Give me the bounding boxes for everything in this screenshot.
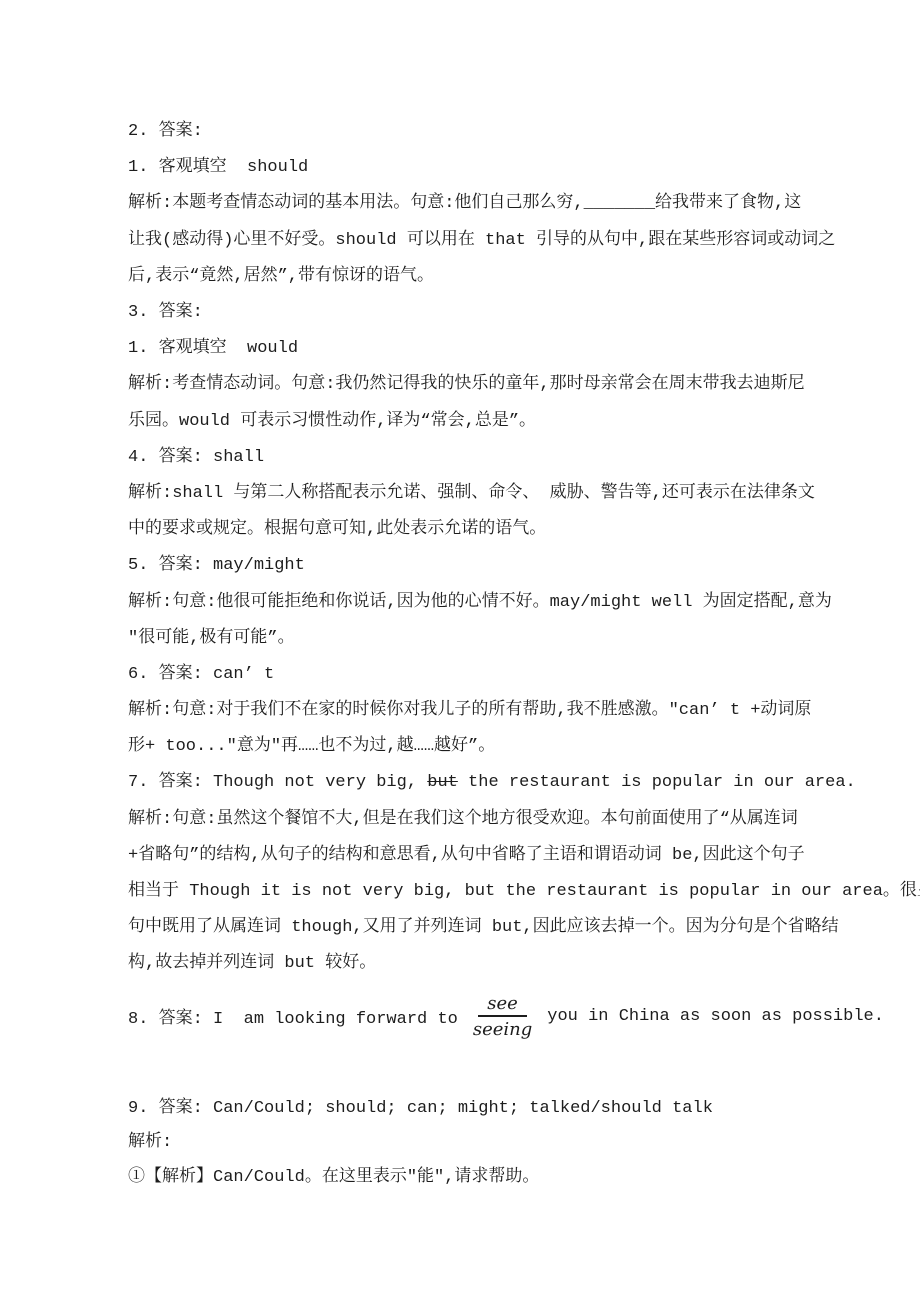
answer-5-analysis-line-1: 解析:句意:他很可能拒绝和你说话,因为他的心情不好。may/might well… <box>128 592 832 614</box>
answer-7-analysis-line-2: +省略句”的结构,从句子的结构和意思看,从句中省略了主语和谓语动词 be,因此这… <box>128 845 805 867</box>
crossed-out-word: but <box>427 773 458 792</box>
answer-3-analysis-line-1: 解析:考查情态动词。句意:我仍然记得我的快乐的童年,那时母亲常会在周末带我去迪斯… <box>128 374 805 396</box>
text-segment: 句中既用了从属连词 though,又用了并列连词 but,因此应该去掉一个。因为… <box>128 918 839 937</box>
answer-5-analysis-line-2: ″很可能,极有可能”。 <box>128 628 295 650</box>
text-segment: the restaurant is popular in our area. <box>458 773 856 792</box>
answer-7-analysis-line-3: 相当于 Though it is not very big, but the r… <box>128 881 920 903</box>
fraction-see-seeing: see seeing <box>471 993 534 1040</box>
text-segment: 解析:本题考查情态动词的基本用法。句意:他们自己那么穷,_______给我带来了… <box>128 194 801 213</box>
answer-4-analysis-line-2: 中的要求或规定。根据句意可知,此处表示允诺的语气。 <box>128 519 546 541</box>
text-segment: 9. 答案: Can/Could; should; can; might; ta… <box>128 1099 713 1118</box>
answer-8-line: 8. 答案: I am looking forward to see seein… <box>128 990 884 1042</box>
answer-9-analysis-item-1: ①【解析】Can/Could。在这里表示″能″,请求帮助。 <box>128 1167 539 1189</box>
text-segment: ″很可能,极有可能”。 <box>128 629 295 648</box>
answer-2-analysis-line-2: 让我(感动得)心里不好受。should 可以用在 that 引导的从句中,跟在某… <box>128 230 835 252</box>
answer-4-heading: 4. 答案: shall <box>128 447 264 469</box>
answer-3-analysis-line-2: 乐园。would 可表示习惯性动作,译为“常会,总是”。 <box>128 411 536 433</box>
answer-8-suffix: you in China as soon as possible. <box>547 1007 884 1026</box>
document-page: 2. 答案:1. 客观填空 should解析:本题考查情态动词的基本用法。句意:… <box>0 0 920 1302</box>
text-segment: 让我(感动得)心里不好受。should 可以用在 that 引导的从句中,跟在某… <box>128 231 835 250</box>
answer-2-analysis-line-3: 后,表示“竟然,居然”,带有惊讶的语气。 <box>128 266 434 288</box>
answer-6-analysis-line-2: 形+ too...″意为″再……也不为过,越……越好”。 <box>128 736 495 758</box>
answer-7-analysis-line-1: 解析:句意:虽然这个餐馆不大,但是在我们这个地方很受欢迎。本句前面使用了“从属连… <box>128 809 798 831</box>
text-segment: 解析: <box>128 1133 172 1152</box>
text-segment: 解析:句意:对于我们不在家的时候你对我儿子的所有帮助,我不胜感激。″can’ t… <box>128 701 811 720</box>
text-segment: 解析:shall 与第二人称搭配表示允诺、强制、命令、 威胁、警告等,还可表示在… <box>128 484 815 503</box>
answer-3-heading: 3. 答案: <box>128 302 203 324</box>
text-segment: 1. 客观填空 would <box>128 339 298 358</box>
text-segment: 1. 客观填空 should <box>128 158 308 177</box>
answer-5-heading: 5. 答案: may/might <box>128 555 305 577</box>
text-segment: 解析:句意:他很可能拒绝和你说话,因为他的心情不好。may/might well… <box>128 593 832 612</box>
answer-4-analysis-line-1: 解析:shall 与第二人称搭配表示允诺、强制、命令、 威胁、警告等,还可表示在… <box>128 483 815 505</box>
text-segment: 形+ too...″意为″再……也不为过,越……越好”。 <box>128 737 495 756</box>
text-segment: 解析:句意:虽然这个餐馆不大,但是在我们这个地方很受欢迎。本句前面使用了“从属连… <box>128 810 798 829</box>
answer-3-item-1: 1. 客观填空 would <box>128 338 298 360</box>
text-segment: 相当于 Though it is not very big, but the r… <box>128 882 920 901</box>
text-segment: 中的要求或规定。根据句意可知,此处表示允诺的语气。 <box>128 520 546 539</box>
text-segment: 7. 答案: Though not very big, <box>128 773 427 792</box>
text-segment: 4. 答案: shall <box>128 448 264 467</box>
answer-9-analysis-label: 解析: <box>128 1132 172 1154</box>
fraction-numerator: see <box>478 993 527 1017</box>
text-segment: 2. 答案: <box>128 122 203 141</box>
text-segment: 后,表示“竟然,居然”,带有惊讶的语气。 <box>128 267 434 286</box>
text-segment: 5. 答案: may/might <box>128 556 305 575</box>
answer-7-heading: 7. 答案: Though not very big, but the rest… <box>128 772 856 794</box>
answer-6-heading: 6. 答案: can’ t <box>128 664 274 686</box>
answer-7-analysis-line-5: 构,故去掉并列连词 but 较好。 <box>128 953 376 975</box>
text-segment: 3. 答案: <box>128 303 203 322</box>
fraction-denominator: seeing <box>471 1017 534 1040</box>
answer-2-item-1: 1. 客观填空 should <box>128 157 308 179</box>
answer-6-analysis-line-1: 解析:句意:对于我们不在家的时候你对我儿子的所有帮助,我不胜感激。″can’ t… <box>128 700 811 722</box>
text-segment: 6. 答案: can’ t <box>128 665 274 684</box>
answer-8-prefix: 8. 答案: I am looking forward to <box>128 1003 458 1029</box>
answer-2-heading: 2. 答案: <box>128 121 203 143</box>
text-segment: 构,故去掉并列连词 but 较好。 <box>128 954 376 973</box>
text-segment: ①【解析】Can/Could。在这里表示″能″,请求帮助。 <box>128 1168 539 1187</box>
text-segment: +省略句”的结构,从句子的结构和意思看,从句中省略了主语和谓语动词 be,因此这… <box>128 846 805 865</box>
text-segment: 解析:考查情态动词。句意:我仍然记得我的快乐的童年,那时母亲常会在周末带我去迪斯… <box>128 375 805 394</box>
answer-9-heading: 9. 答案: Can/Could; should; can; might; ta… <box>128 1098 713 1120</box>
answer-7-analysis-line-4: 句中既用了从属连词 though,又用了并列连词 but,因此应该去掉一个。因为… <box>128 917 839 939</box>
text-segment: 乐园。would 可表示习惯性动作,译为“常会,总是”。 <box>128 412 536 431</box>
answer-2-analysis-line-1: 解析:本题考查情态动词的基本用法。句意:他们自己那么穷,_______给我带来了… <box>128 193 801 215</box>
